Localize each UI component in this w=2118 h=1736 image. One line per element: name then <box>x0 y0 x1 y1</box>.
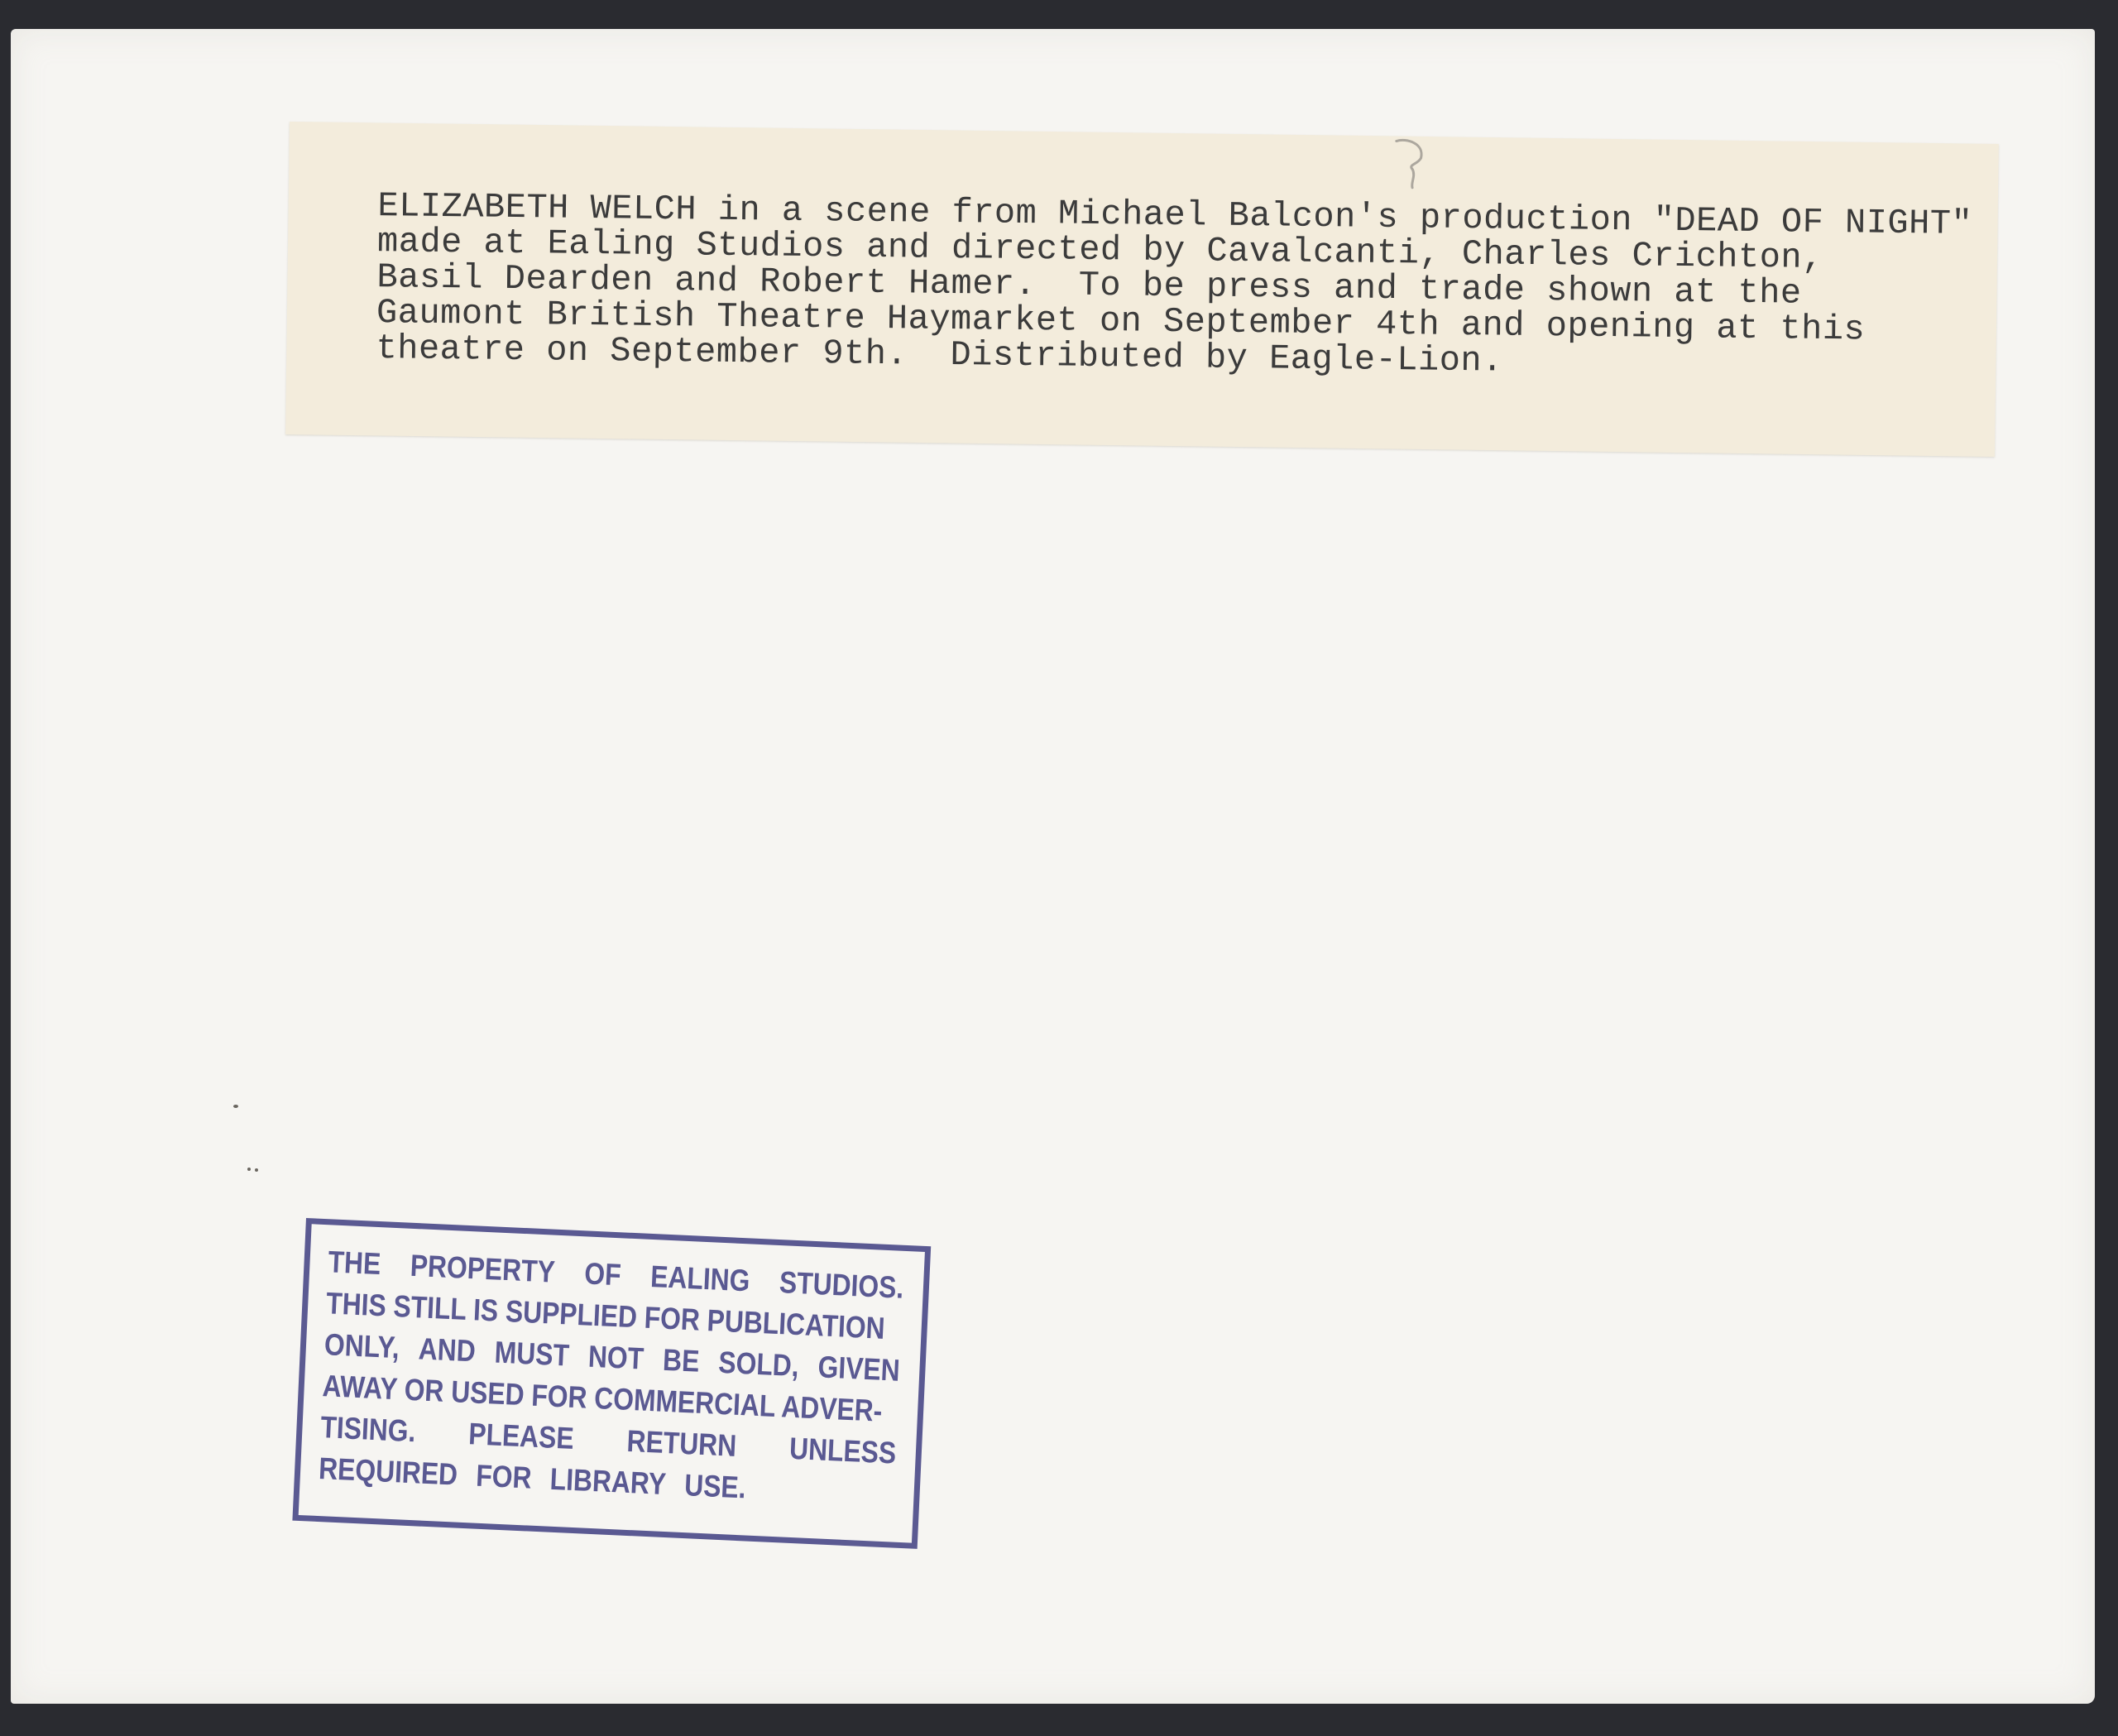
caption-label: ELIZABETH WELCH in a scene from Michael … <box>285 122 1999 457</box>
ealing-studios-property-stamp: THE PROPERTY OF EALING STUDIOS. THIS STI… <box>292 1218 931 1549</box>
photo-back-paper: ELIZABETH WELCH in a scene from Michael … <box>11 29 2095 1704</box>
pencil-question-mark-icon <box>1389 136 1440 194</box>
paper-speck <box>255 1168 258 1172</box>
paper-speck <box>247 1168 251 1171</box>
caption-text: ELIZABETH WELCH in a scene from Michael … <box>376 189 1972 385</box>
paper-speck <box>233 1105 238 1108</box>
